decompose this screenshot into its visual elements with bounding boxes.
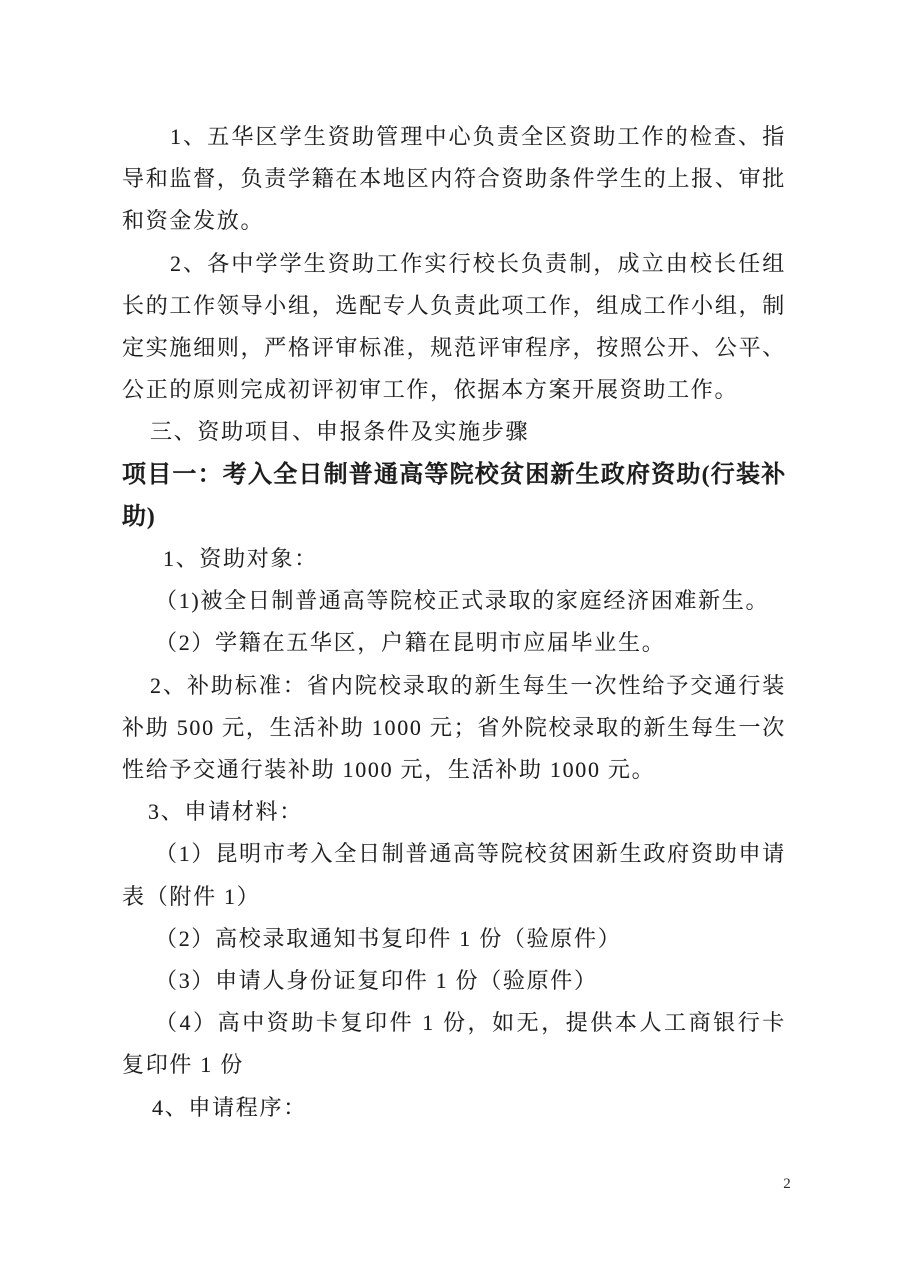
item-application-procedure: 4、申请程序：: [122, 1087, 786, 1129]
item-application-materials: 3、申请材料：: [122, 791, 786, 833]
item-aid-target-1: （1)被全日制普通高等院校正式录取的家庭经济困难新生。: [122, 580, 786, 622]
document-body: 1、五华区学生资助管理中心负责全区资助工作的检查、指导和监督，负责学籍在本地区内…: [122, 116, 786, 1129]
document-page: 1、五华区学生资助管理中心负责全区资助工作的检查、指导和监督，负责学籍在本地区内…: [0, 0, 900, 1273]
page-number: 2: [775, 1176, 799, 1193]
para-school-duties: 2、各中学学生资助工作实行校长负责制，成立由校长任组长的工作领导小组，选配专人负…: [122, 243, 786, 412]
item-subsidy-standard: 2、补助标准：省内院校录取的新生每生一次性给予交通行装补助 500 元，生活补助…: [122, 665, 786, 792]
item-aid-targets: 1、资助对象：: [122, 538, 786, 580]
project-one-heading: 项目一：考入全日制普通高等院校贫困新生政府资助(行装补助): [122, 454, 786, 538]
para-center-duties: 1、五华区学生资助管理中心负责全区资助工作的检查、指导和监督，负责学籍在本地区内…: [122, 116, 786, 243]
item-material-4: （4）高中资助卡复印件 1 份，如无，提供本人工商银行卡复印件 1 份: [122, 1002, 786, 1086]
item-material-1: （1）昆明市考入全日制普通高等院校贫困新生政府资助申请表（附件 1）: [122, 833, 786, 917]
item-material-2: （2）高校录取通知书复印件 1 份（验原件）: [122, 918, 786, 960]
item-material-3: （3）申请人身份证复印件 1 份（验原件）: [122, 960, 786, 1002]
item-aid-target-2: （2）学籍在五华区，户籍在昆明市应届毕业生。: [122, 622, 786, 664]
section-heading-three: 三、资助项目、申报条件及实施步骤: [122, 411, 786, 453]
